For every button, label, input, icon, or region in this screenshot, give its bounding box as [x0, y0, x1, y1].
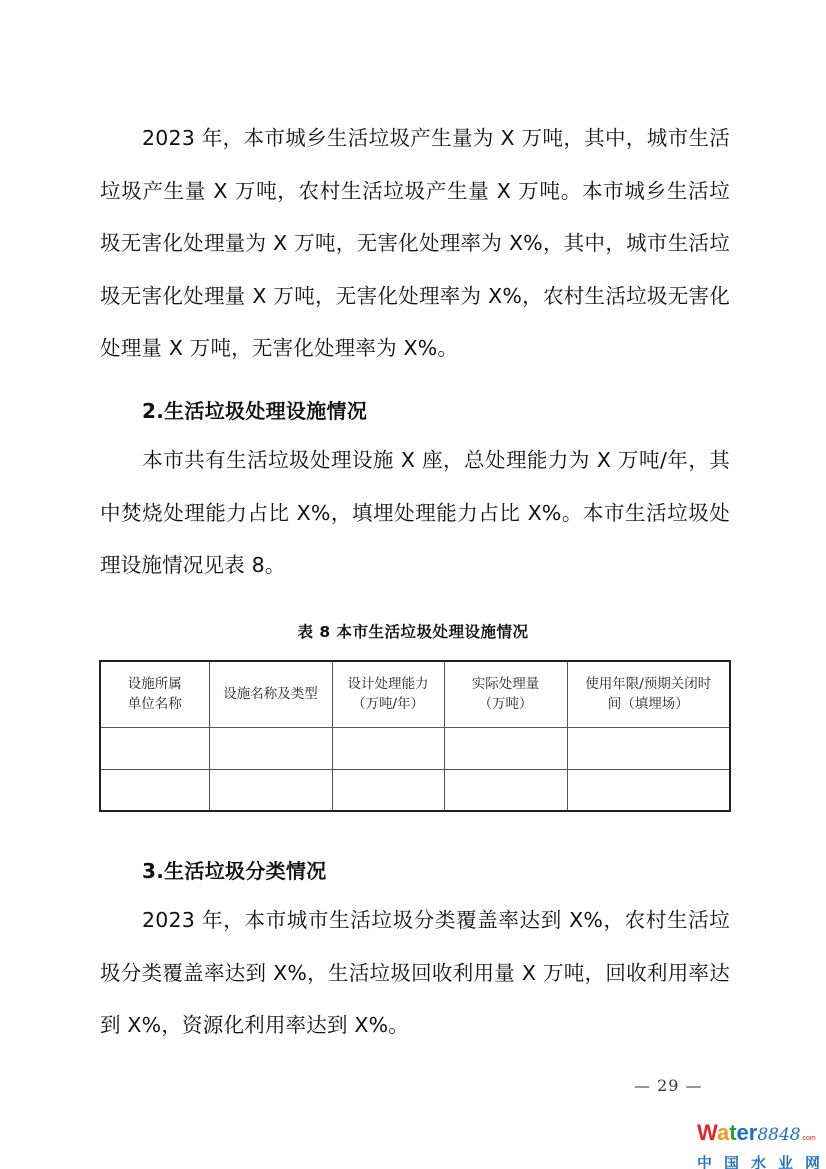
- paragraph-text: 2023 年，本市城市生活垃圾分类覆盖率达到 X%，农村生活垃圾分类覆盖率达到 …: [100, 908, 730, 1037]
- table-cell: [444, 727, 567, 769]
- table-row: [100, 727, 730, 769]
- paragraph-text: 本市共有生活垃圾处理设施 X 座，总处理能力为 X 万吨/年，其中焚烧处理能力占…: [100, 448, 730, 577]
- table-cell: [100, 769, 209, 811]
- paragraph-text: 2023 年，本市城乡生活垃圾产生量为 X 万吨，其中，城市生活垃圾产生量 X …: [100, 126, 730, 360]
- table-cell: [100, 727, 209, 769]
- paragraph-waste-generation: 2023 年，本市城乡生活垃圾产生量为 X 万吨，其中，城市生活垃圾产生量 X …: [100, 112, 730, 375]
- table-cell: [444, 769, 567, 811]
- page-number: — 29 —: [634, 1076, 703, 1095]
- column-header-unit: 设施所属单位名称: [100, 661, 209, 727]
- watermark-subtitle: 中国水业网: [697, 1152, 823, 1169]
- section-heading-classification: 3.生活垃圾分类情况: [142, 855, 327, 884]
- section-heading-facilities: 2.生活垃圾处理设施情况: [142, 395, 367, 424]
- paragraph-facilities: 本市共有生活垃圾处理设施 X 座，总处理能力为 X 万吨/年，其中焚烧处理能力占…: [100, 434, 730, 592]
- table-cell: [567, 727, 730, 769]
- column-header-service-life: 使用年限/预期关闭时间（填埋场）: [567, 661, 730, 727]
- watermark-logo: Water8848.com 中国水业网: [697, 1122, 823, 1169]
- table-cell: [209, 769, 332, 811]
- table-row: [100, 769, 730, 811]
- table-caption: 表 8 本市生活垃圾处理设施情况: [0, 620, 826, 642]
- table-cell: [332, 727, 444, 769]
- watermark-brand: Water8848.com: [697, 1122, 823, 1150]
- table-cell: [332, 769, 444, 811]
- column-header-design-capacity: 设计处理能力（万吨/年）: [332, 661, 444, 727]
- facilities-table: 设施所属单位名称 设施名称及类型 设计处理能力（万吨/年） 实际处理量（万吨） …: [99, 660, 731, 812]
- column-header-actual-volume: 实际处理量（万吨）: [444, 661, 567, 727]
- column-header-facility-type: 设施名称及类型: [209, 661, 332, 727]
- table-cell: [567, 769, 730, 811]
- table-cell: [209, 727, 332, 769]
- table-header-row: 设施所属单位名称 设施名称及类型 设计处理能力（万吨/年） 实际处理量（万吨） …: [100, 661, 730, 727]
- paragraph-classification: 2023 年，本市城市生活垃圾分类覆盖率达到 X%，农村生活垃圾分类覆盖率达到 …: [100, 894, 730, 1052]
